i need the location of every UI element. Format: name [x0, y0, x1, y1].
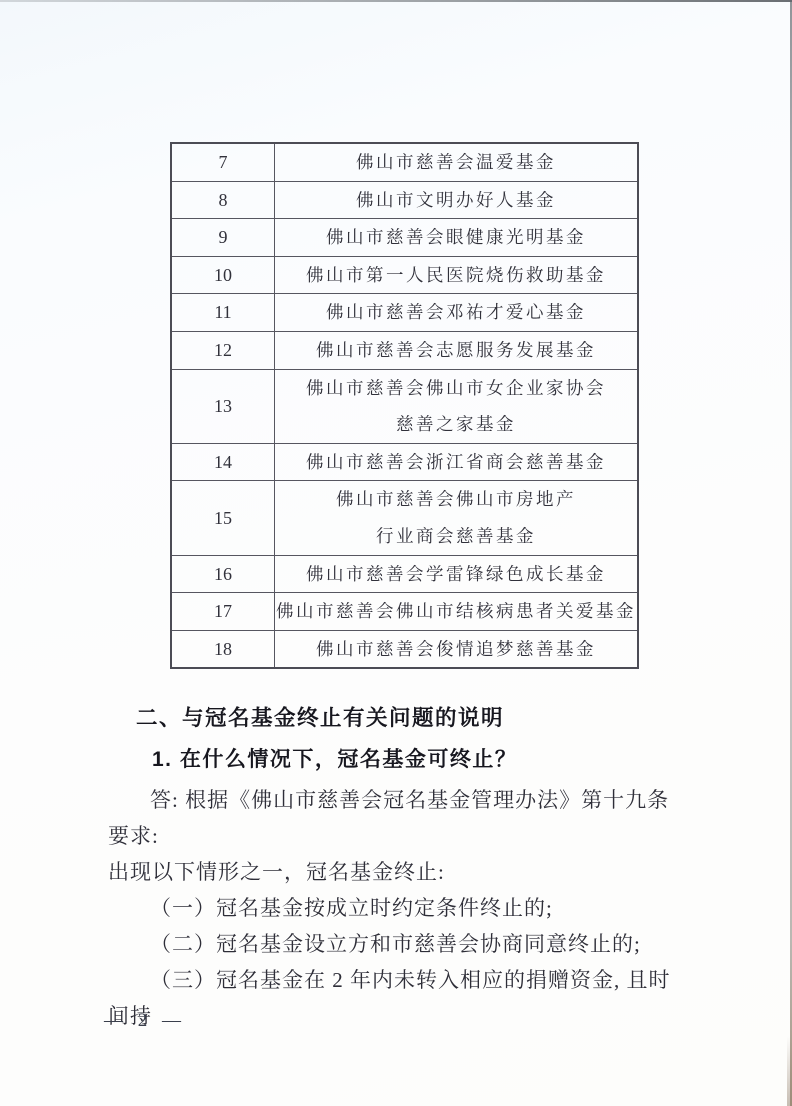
- fund-number-cell: 7: [171, 143, 275, 181]
- table-row: 17 佛山市慈善会佛山市结核病患者关爱基金: [171, 593, 638, 631]
- section-heading: 二、与冠名基金终止有关问题的说明: [136, 700, 683, 736]
- fund-name-cell: 佛山市慈善会眼健康光明基金: [275, 219, 639, 257]
- fund-name-cell: 佛山市文明办好人基金: [275, 181, 639, 219]
- scan-artifact-corner-smudge: [787, 1036, 792, 1106]
- fund-number-cell: 13: [171, 369, 275, 443]
- fund-name-cell: 佛山市慈善会邓祐才爱心基金: [275, 294, 639, 332]
- table-row: 10 佛山市第一人民医院烧伤救助基金: [171, 256, 638, 294]
- fund-name-cell: 佛山市慈善会浙江省商会慈善基金: [275, 443, 639, 481]
- fund-number-cell: 9: [171, 219, 275, 257]
- answer-line: 答: 根据《佛山市慈善会冠名基金管理办法》第十九条要求:: [108, 782, 683, 854]
- table-row: 12 佛山市慈善会志愿服务发展基金: [171, 331, 638, 369]
- table-row: 9 佛山市慈善会眼健康光明基金: [171, 219, 638, 257]
- termination-section: 二、与冠名基金终止有关问题的说明 1. 在什么情况下，冠名基金可终止？ 答: 根…: [108, 700, 683, 1034]
- fund-name-cell: 佛山市慈善会学雷锋绿色成长基金: [275, 555, 639, 593]
- table-row: 7 佛山市慈善会温爱基金: [171, 143, 638, 181]
- table-row: 13 佛山市慈善会佛山市女企业家协会慈善之家基金: [171, 369, 638, 443]
- condition-item-1: （一）冠名基金按成立时约定条件终止的;: [108, 890, 683, 926]
- fund-number-cell: 12: [171, 331, 275, 369]
- fund-name-cell: 佛山市慈善会温爱基金: [275, 143, 639, 181]
- question-heading: 1. 在什么情况下，冠名基金可终止？: [152, 742, 683, 778]
- fund-number-cell: 18: [171, 630, 275, 668]
- fund-name-cell: 佛山市慈善会佛山市房地产行业商会慈善基金: [275, 481, 639, 555]
- fund-name-cell: 佛山市第一人民医院烧伤救助基金: [275, 256, 639, 294]
- document-page: 7 佛山市慈善会温爱基金 8 佛山市文明办好人基金 9 佛山市慈善会眼健康光明基…: [0, 0, 792, 1106]
- table-row: 16 佛山市慈善会学雷锋绿色成长基金: [171, 555, 638, 593]
- fund-name-cell: 佛山市慈善会佛山市女企业家协会慈善之家基金: [275, 369, 639, 443]
- scan-artifact-top-edge: [0, 0, 792, 2]
- fund-name-cell: 佛山市慈善会俊情追梦慈善基金: [275, 630, 639, 668]
- fund-name-cell: 佛山市慈善会志愿服务发展基金: [275, 331, 639, 369]
- table-row: 18 佛山市慈善会俊情追梦慈善基金: [171, 630, 638, 668]
- table-row: 8 佛山市文明办好人基金: [171, 181, 638, 219]
- answer-line: 出现以下情形之一，冠名基金终止:: [108, 854, 683, 890]
- fund-number-cell: 10: [171, 256, 275, 294]
- page-number: — 2 —: [104, 1010, 186, 1032]
- table-row: 11 佛山市慈善会邓祐才爱心基金: [171, 294, 638, 332]
- fund-name-cell: 佛山市慈善会佛山市结核病患者关爱基金: [275, 593, 639, 631]
- table-row: 14 佛山市慈善会浙江省商会慈善基金: [171, 443, 638, 481]
- condition-item-2: （二）冠名基金设立方和市慈善会协商同意终止的;: [108, 926, 683, 962]
- fund-number-cell: 15: [171, 481, 275, 555]
- fund-number-cell: 16: [171, 555, 275, 593]
- table-row: 15 佛山市慈善会佛山市房地产行业商会慈善基金: [171, 481, 638, 555]
- fund-number-cell: 17: [171, 593, 275, 631]
- fund-number-cell: 11: [171, 294, 275, 332]
- fund-number-cell: 14: [171, 443, 275, 481]
- fund-table: 7 佛山市慈善会温爱基金 8 佛山市文明办好人基金 9 佛山市慈善会眼健康光明基…: [170, 142, 639, 669]
- condition-item-3: （三）冠名基金在 2 年内未转入相应的捐赠资金, 且时间持: [108, 962, 683, 1034]
- fund-number-cell: 8: [171, 181, 275, 219]
